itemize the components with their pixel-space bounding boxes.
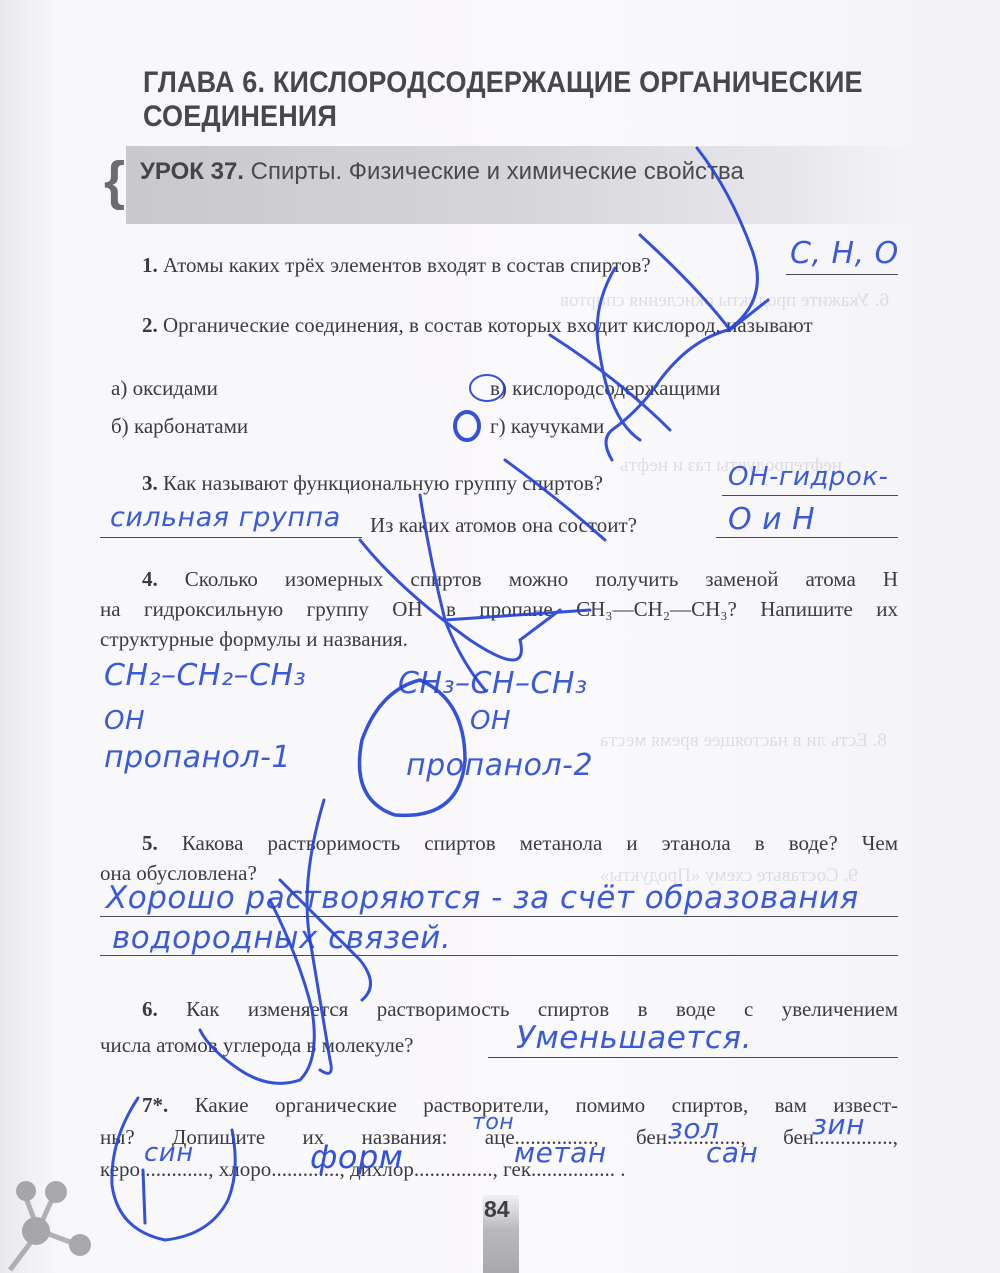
- scribble-stroke: [307, 800, 331, 1073]
- scribble-stroke: [280, 880, 371, 1000]
- scribble-stroke: [640, 235, 768, 330]
- scribble-stroke: [143, 1170, 145, 1223]
- circle-mark-option-g: [455, 412, 479, 440]
- scribble-stroke: [606, 148, 757, 460]
- workbook-page: 6. Укажите продукты окисления спиртов не…: [0, 0, 1000, 1273]
- page-number-tab: 84: [483, 1195, 519, 1273]
- circle-mark-kero: [112, 1098, 235, 1240]
- circle-mark-option-v: [470, 375, 504, 401]
- molecule-icon: [0, 1175, 120, 1273]
- scribble-stroke: [200, 900, 314, 1083]
- scribble-stroke: [420, 495, 485, 690]
- scribble-stroke: [597, 268, 640, 440]
- scribble-stroke: [360, 540, 560, 660]
- page-number: 84: [484, 1196, 510, 1223]
- scribble-stroke: [505, 460, 605, 540]
- pen-scribble-overlay: [0, 0, 1000, 1273]
- scribble-stroke: [550, 335, 670, 430]
- circle-mark-isomer: [359, 680, 465, 815]
- scribble-stroke: [445, 610, 590, 620]
